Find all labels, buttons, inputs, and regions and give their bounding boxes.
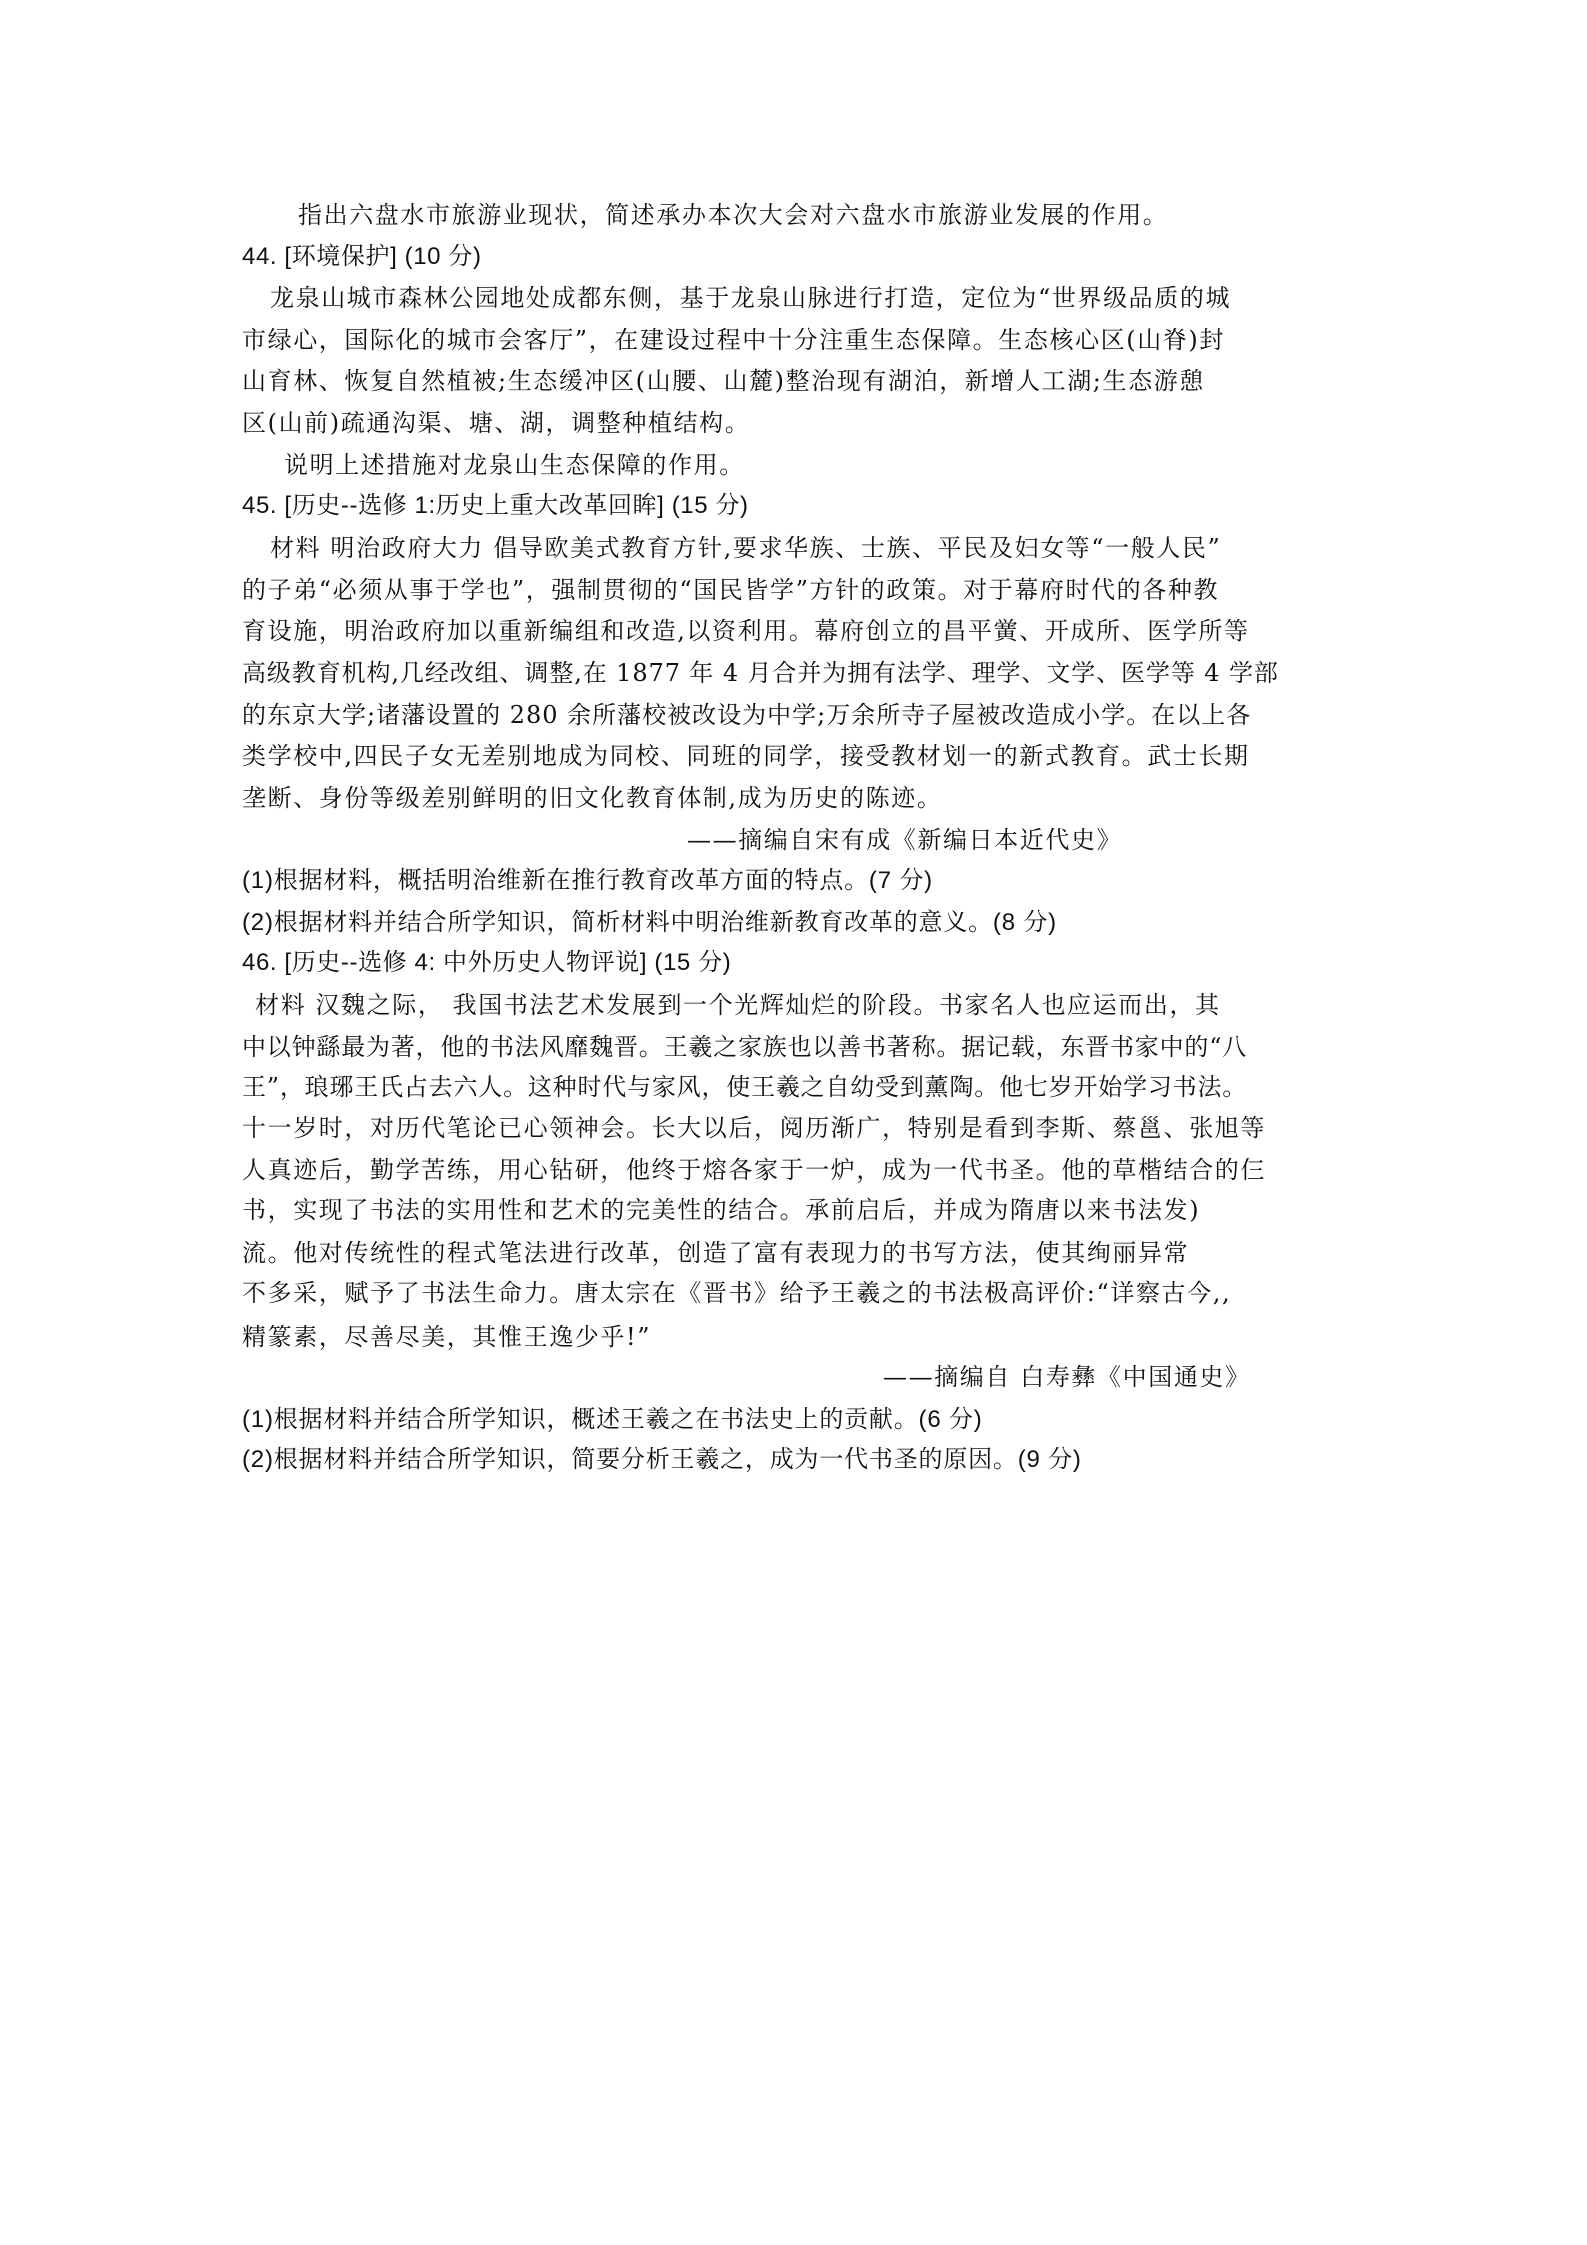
question-46-subquestion-1: (1)根据材料并结合所学知识，概述王羲之在书法史上的贡献。(6 分) — [242, 1402, 983, 1438]
question-45-subquestion-1: (1)根据材料，概括明治维新在推行教育改革方面的特点。(7 分) — [242, 863, 933, 899]
question-46-material-line: 十一岁时，对历代笔论已心领神会。长大以后，阅历渐广，特别是看到李斯、蔡邕、张旭等 — [242, 1110, 1266, 1146]
exam-page: 指出六盘水市旅游业现状，简述承办本次大会对六盘水市旅游业发展的作用。 44. [… — [0, 0, 1587, 2245]
question-46-heading: 46. [历史--选修 4: 中外历史人物评说] (15 分) — [242, 945, 731, 981]
question-44-material-line: 区(山前)疏通沟渠、塘、湖，调整种植结构。 — [242, 405, 750, 441]
question-45-material-line: 垄断、身份等级差别鲜明的旧文化教育体制,成为历史的陈迹。 — [242, 780, 942, 816]
question-45-heading: 45. [历史--选修 1:历史上重大改革回眸] (15 分) — [242, 488, 749, 524]
question-45-material-line: 育设施，明治政府加以重新编组和改造,以资利用。幕府创立的昌平黉、开成所、医学所等 — [242, 613, 1250, 649]
question-44-heading: 44. [环境保护] (10 分) — [242, 239, 482, 275]
question-46-material-line: 人真迹后，勤学苦练，用心钻研，他终于熔各家于一炉，成为一代书圣。他的草楷结合的仨 — [242, 1152, 1266, 1188]
question-45-subquestion-2: (2)根据材料并结合所学知识，简析材料中明治维新教育改革的意义。(8 分) — [242, 905, 1057, 941]
question-44-material-line: 市绿心，国际化的城市会客厅”，在建设过程中十分注重生态保障。生态核心区(山脊)封 — [242, 322, 1225, 358]
question-46-material-line: 书，实现了书法的实用性和艺术的完美性的结合。承前启后，并成为隋唐以来书法发) — [242, 1192, 1200, 1228]
question-44-material-line: 龙泉山城市森林公园地处成都东侧，基于龙泉山脉进行打造，定位为“世界级品质的城 — [270, 280, 1231, 316]
question-46-source: ——摘编自 白寿彝《中国通史》 — [883, 1359, 1251, 1395]
question-46-material-line: 王”，琅琊王氏占去六人。这种时代与家风，使王羲之自幼受到薰陶。他七岁开始学习书法… — [242, 1069, 1247, 1105]
question-44-material-line: 山育林、恢复自然植被;生态缓冲区(山腰、山麓)整治现有湖泊，新增人工湖;生态游憩 — [242, 363, 1205, 399]
question-45-material-line: 材料 明治政府大力 倡导欧美式教育方针,要求华族、士族、平民及妇女等“一般人民” — [270, 530, 1221, 566]
question-45-source: ——摘编自宋有成《新编日本近代史》 — [687, 822, 1122, 858]
question-44-prompt: 说明上述措施对龙泉山生态保障的作用。 — [284, 447, 745, 483]
question-46-material-line: 流。他对传统性的程式笔法进行改革，创造了富有表现力的书写方法，使其绚丽异常 — [242, 1235, 1189, 1271]
question-46-material-line: 精篆素，尽善尽美，其惟王逸少乎!” — [242, 1319, 651, 1355]
question-45-material-line: 的东京大学;诸藩设置的 280 余所藩校被改设为中学;万余所寺子屋被改造成小学。… — [242, 697, 1251, 733]
question-45-material-line: 的子弟“必须从事于学也”，强制贯彻的“国民皆学”方针的政策。对于幕府时代的各种教 — [242, 572, 1219, 608]
question-46-material-line: 不多采，赋予了书法生命力。唐太宗在《晋书》给予王羲之的书法极高评价:“详察古今,… — [242, 1275, 1231, 1311]
question-43-prompt: 指出六盘水市旅游业现状，简述承办本次大会对六盘水市旅游业发展的作用。 — [298, 197, 1168, 233]
question-45-material-line: 类学校中,四民子女无差别地成为同校、同班的同学，接受教材划一的新式教育。武士长期 — [242, 738, 1250, 774]
question-46-subquestion-2: (2)根据材料并结合所学知识，简要分析王羲之，成为一代书圣的原因。(9 分) — [242, 1442, 1082, 1478]
question-46-material-line: 中以钟繇最为著，他的书法风靡魏晋。王羲之家族也以善书著称。据记载，东晋书家中的“… — [242, 1029, 1247, 1065]
question-45-material-line: 高级教育机构,几经改组、调整,在 1877 年 4 月合并为拥有法学、理学、文学… — [242, 655, 1279, 691]
question-46-material-line: 材料 汉魏之际， 我国书法艺术发展到一个光辉灿烂的阶段。书家名人也应运而出，其 — [255, 987, 1221, 1023]
